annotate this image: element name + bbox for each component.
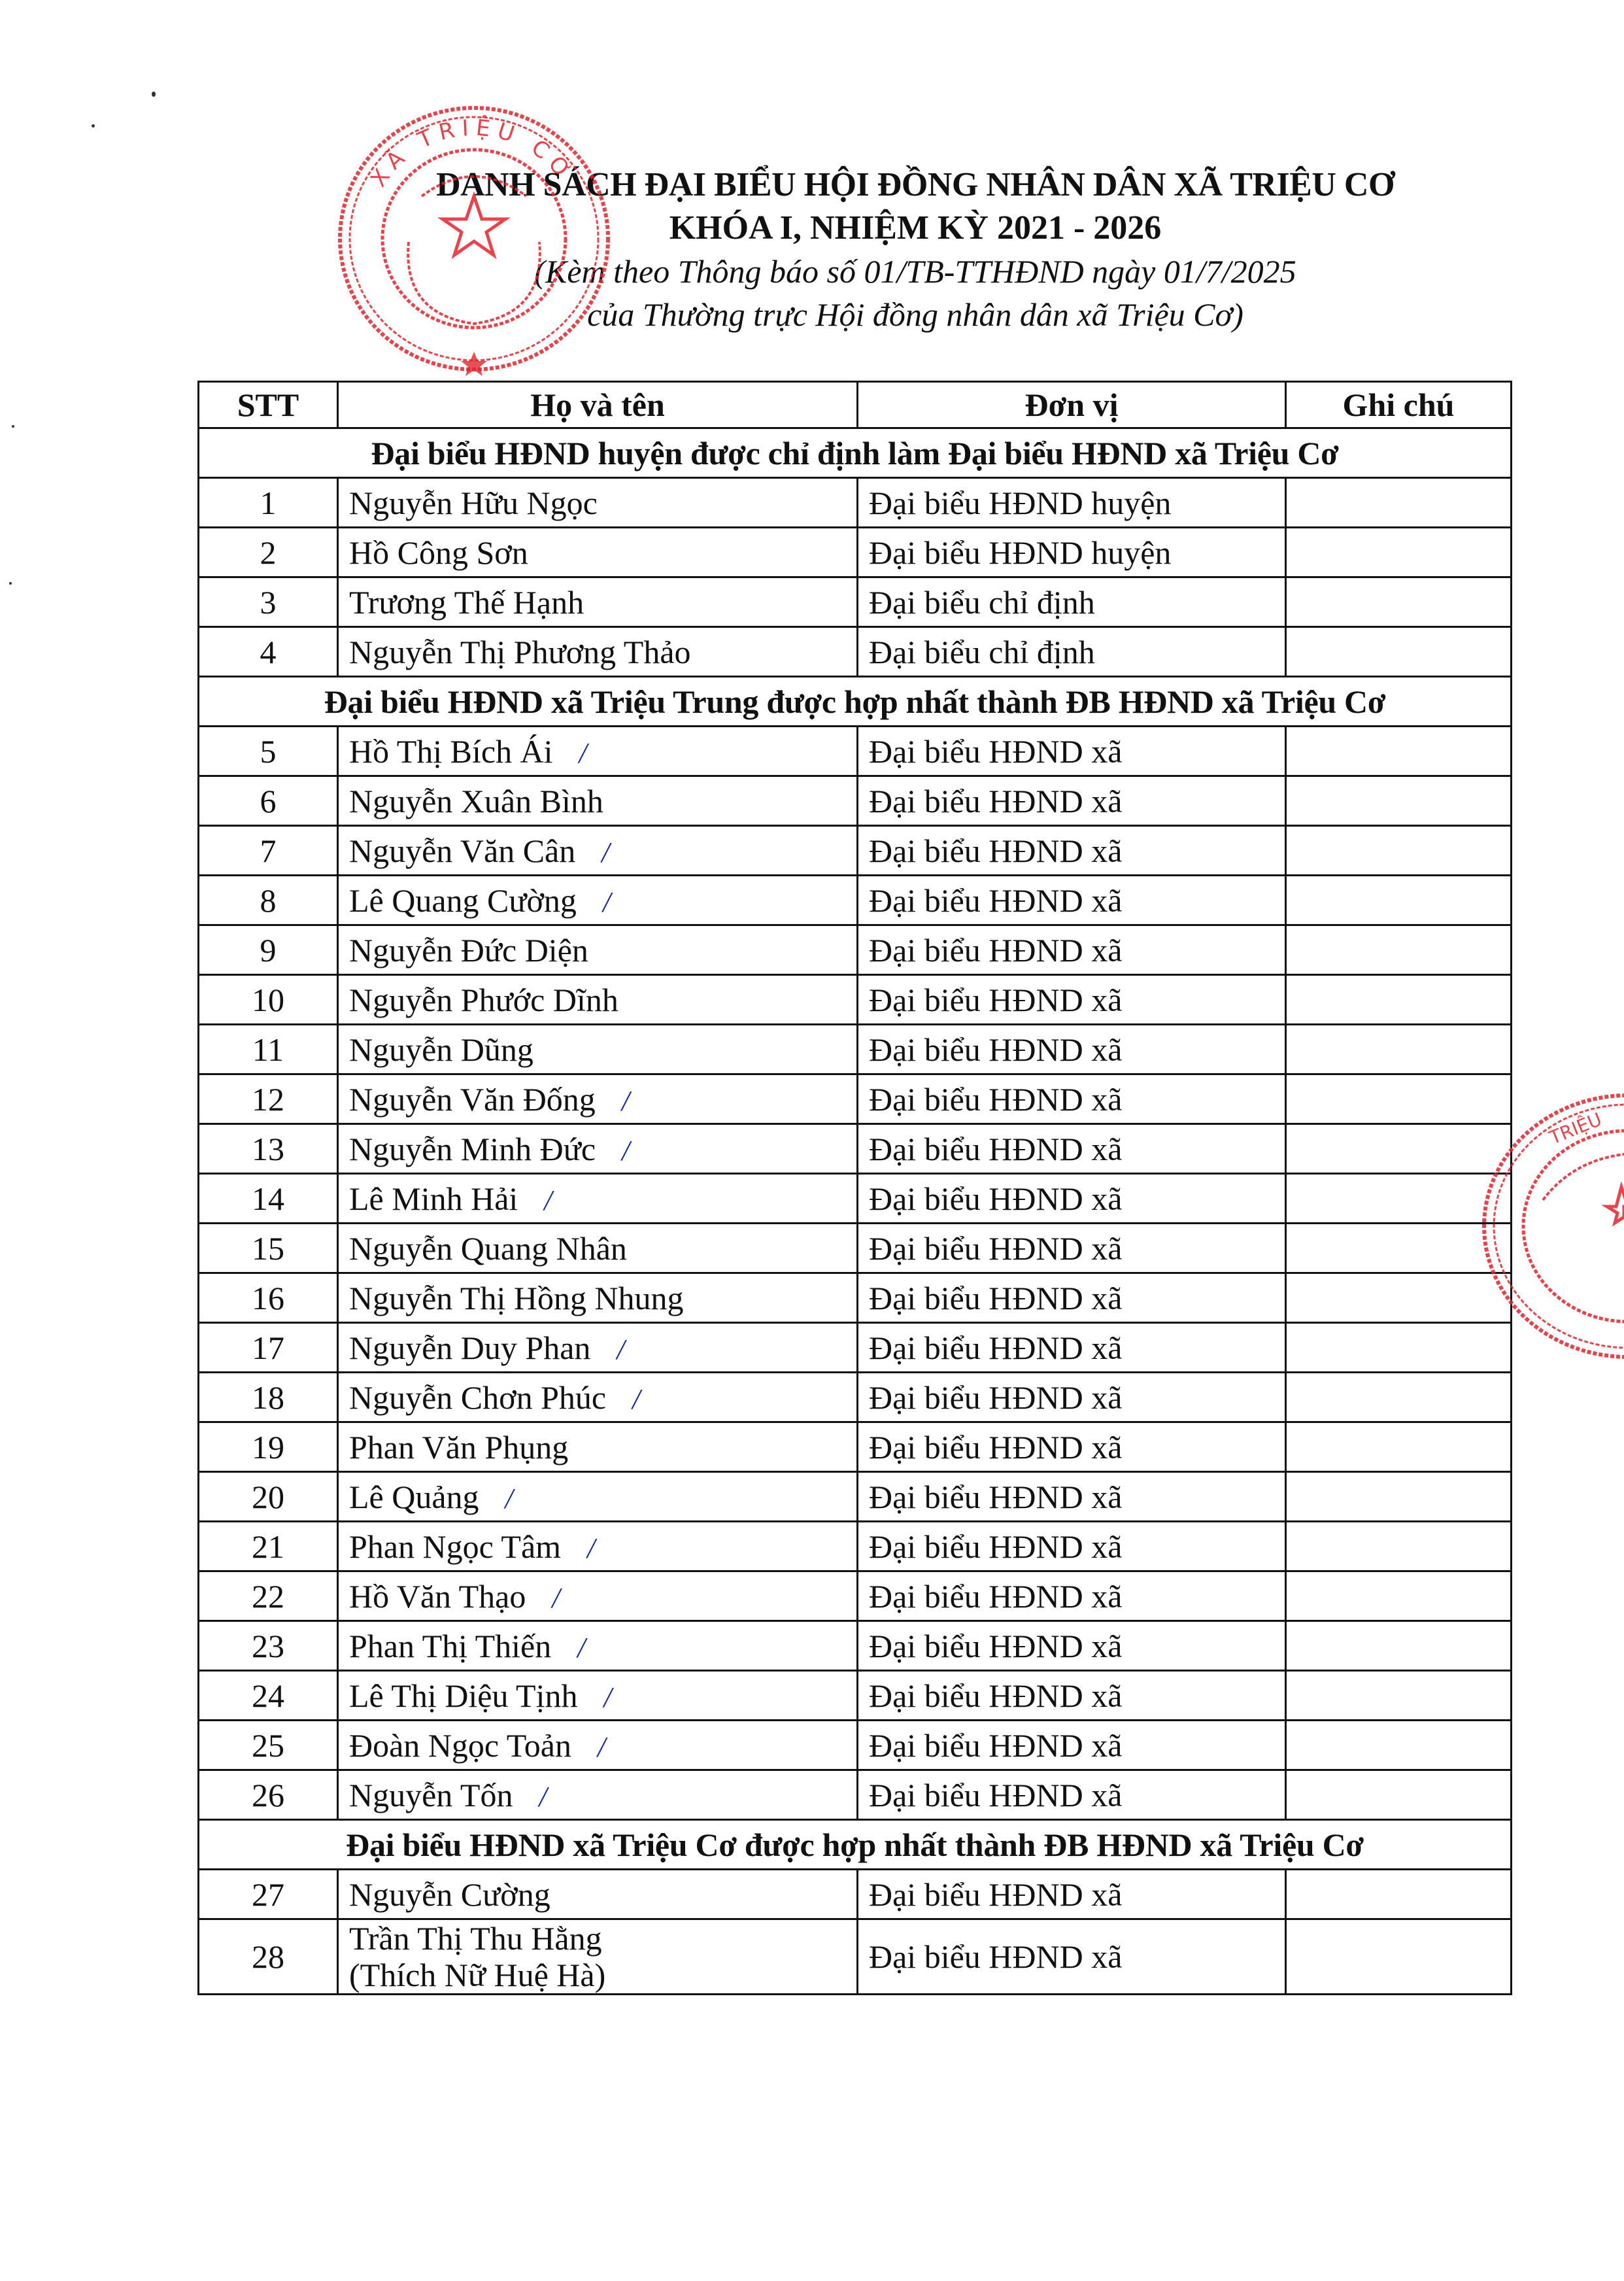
table-row: 5Hồ Thị Bích Ái/Đại biểu HĐND xã [199,727,1512,776]
cell-stt: 23 [199,1621,338,1671]
cell-stt: 26 [199,1770,338,1820]
cell-note [1286,1124,1512,1174]
cell-unit: Đại biểu chỉ định [858,577,1286,627]
handwritten-check-icon: / [622,1085,630,1117]
cell-note [1286,1174,1512,1224]
cell-stt: 12 [199,1074,338,1124]
cell-name: Phan Văn Phụng [338,1422,858,1472]
handwritten-check-icon: / [539,1781,547,1813]
cell-stt: 16 [199,1273,338,1323]
delegate-name: Trương Thế Hạnh [349,584,584,621]
handwritten-check-icon: / [603,886,611,918]
table-header-row: STT Họ và tên Đơn vị Ghi chú [199,382,1512,428]
delegate-name: Nguyễn Phước Dĩnh [349,982,618,1018]
scan-speck [152,92,156,97]
cell-name: Nguyễn Đức Diện [338,925,858,975]
cell-name: Nguyễn Minh Đức/ [338,1124,858,1174]
delegate-name: Nguyễn Đức Diện [349,932,588,969]
cell-unit: Đại biểu HĐND xã [858,826,1286,876]
section-title: Đại biểu HĐND xã Triệu Trung được hợp nh… [199,677,1512,727]
handwritten-check-icon: / [598,1731,605,1763]
cell-note [1286,1323,1512,1373]
cell-name: Nguyễn Dũng [338,1025,858,1074]
cell-note [1286,1919,1512,1995]
table-row: 9Nguyễn Đức DiệnĐại biểu HĐND xã [199,925,1512,975]
handwritten-check-icon: / [505,1483,513,1515]
cell-note [1286,1074,1512,1124]
table-row: 10Nguyễn Phước DĩnhĐại biểu HĐND xã [199,975,1512,1025]
table-row: 7Nguyễn Văn Cân/Đại biểu HĐND xã [199,826,1512,876]
cell-note [1286,577,1512,627]
cell-unit: Đại biểu HĐND xã [858,1571,1286,1621]
delegate-name: Phan Văn Phụng [349,1429,568,1466]
cell-stt: 3 [199,577,338,627]
cell-name: Phan Thị Thiến/ [338,1621,858,1671]
cell-stt: 10 [199,975,338,1025]
table-row: 21Phan Ngọc Tâm/Đại biểu HĐND xã [199,1522,1512,1571]
delegate-name: Nguyễn Dũng [349,1031,533,1068]
cell-note [1286,975,1512,1025]
delegate-name: Phan Ngọc Tâm [349,1528,561,1565]
handwritten-check-icon: / [601,836,609,868]
cell-note [1286,826,1512,876]
handwritten-check-icon: / [617,1333,624,1365]
cell-name: Nguyễn Văn Cân/ [338,826,858,876]
handwritten-check-icon: / [544,1184,552,1216]
cell-unit: Đại biểu HĐND xã [858,776,1286,826]
cell-name: Lê Thị Diệu Tịnh/ [338,1671,858,1721]
cell-stt: 17 [199,1323,338,1373]
delegate-alias: (Thích Nữ Huệ Hà) [349,1957,605,1993]
cell-note [1286,1025,1512,1074]
table-row: 13Nguyễn Minh Đức/Đại biểu HĐND xã [199,1124,1512,1174]
cell-note [1286,478,1512,528]
table-row: 19Phan Văn PhụngĐại biểu HĐND xã [199,1422,1512,1472]
cell-unit: Đại biểu HĐND xã [858,1124,1286,1174]
table-row: 27Nguyễn CườngĐại biểu HĐND xã [199,1870,1512,1919]
cell-name: Nguyễn Duy Phan/ [338,1323,858,1373]
cell-unit: Đại biểu HĐND xã [858,727,1286,776]
table-row: 18Nguyễn Chơn Phúc/Đại biểu HĐND xã [199,1373,1512,1422]
cell-unit: Đại biểu HĐND xã [858,1273,1286,1323]
table-row: 4Nguyễn Thị Phương ThảoĐại biểu chỉ định [199,627,1512,677]
cell-stt: 28 [199,1919,338,1995]
section-title: Đại biểu HĐND xã Triệu Cơ được hợp nhất … [199,1820,1512,1870]
delegate-name: Nguyễn Hữu Ngọc [349,485,598,521]
document-header: DANH SÁCH ĐẠI BIỂU HỘI ĐỒNG NHÂN DÂN XÃ … [294,163,1536,336]
document-reference: (Kèm theo Thông báo số 01/TB-TTHĐND ngày… [294,250,1536,293]
cell-note [1286,1870,1512,1919]
cell-name: Nguyễn Hữu Ngọc [338,478,858,528]
cell-unit: Đại biểu HĐND xã [858,1770,1286,1820]
handwritten-check-icon: / [577,1632,585,1664]
cell-name: Trương Thế Hạnh [338,577,858,627]
cell-unit: Đại biểu HĐND huyện [858,528,1286,577]
cell-unit: Đại biểu HĐND xã [858,1323,1286,1373]
cell-note [1286,876,1512,925]
cell-name: Lê Minh Hải/ [338,1174,858,1224]
cell-unit: Đại biểu HĐND xã [858,1174,1286,1224]
cell-stt: 11 [199,1025,338,1074]
cell-unit: Đại biểu HĐND xã [858,1373,1286,1422]
cell-unit: Đại biểu HĐND xã [858,1472,1286,1522]
document-issuer: của Thường trực Hội đồng nhân dân xã Tri… [294,293,1536,336]
cell-stt: 20 [199,1472,338,1522]
cell-stt: 4 [199,627,338,677]
cell-stt: 14 [199,1174,338,1224]
table-row: 28Trần Thị Thu Hằng(Thích Nữ Huệ Hà)Đại … [199,1919,1512,1995]
table-row: 6Nguyễn Xuân BìnhĐại biểu HĐND xã [199,776,1512,826]
cell-stt: 2 [199,528,338,577]
delegate-name: Nguyễn Văn Cân [349,832,575,869]
table-row: 1Nguyễn Hữu NgọcĐại biểu HĐND huyện [199,478,1512,528]
cell-note [1286,1571,1512,1621]
cell-unit: Đại biểu HĐND xã [858,876,1286,925]
delegate-name: Nguyễn Tốn [349,1777,513,1813]
cell-unit: Đại biểu HĐND xã [858,925,1286,975]
table-body: Đại biểu HĐND huyện được chỉ định làm Đạ… [199,428,1512,1995]
table-row: 12Nguyễn Văn Đống/Đại biểu HĐND xã [199,1074,1512,1124]
cell-unit: Đại biểu HĐND xã [858,975,1286,1025]
cell-name: Đoàn Ngọc Toản/ [338,1721,858,1770]
table-row: 20Lê Quảng/Đại biểu HĐND xã [199,1472,1512,1522]
delegate-name: Nguyễn Văn Đống [349,1081,596,1118]
cell-note [1286,1522,1512,1571]
cell-stt: 15 [199,1224,338,1273]
cell-stt: 5 [199,727,338,776]
table-row: 11Nguyễn DũngĐại biểu HĐND xã [199,1025,1512,1074]
cell-note [1286,1422,1512,1472]
cell-unit: Đại biểu HĐND xã [858,1919,1286,1995]
cell-name: Nguyễn Phước Dĩnh [338,975,858,1025]
cell-unit: Đại biểu HĐND xã [858,1671,1286,1721]
cell-note [1286,727,1512,776]
cell-name: Nguyễn Tốn/ [338,1770,858,1820]
cell-note [1286,1770,1512,1820]
cell-unit: Đại biểu HĐND huyện [858,478,1286,528]
cell-stt: 19 [199,1422,338,1472]
delegate-name: Trần Thị Thu Hằng [349,1920,602,1957]
cell-note [1286,1224,1512,1273]
cell-stt: 13 [199,1124,338,1174]
delegate-name: Hồ Thị Bích Ái [349,733,553,770]
cell-stt: 21 [199,1522,338,1571]
table-row: 26Nguyễn Tốn/Đại biểu HĐND xã [199,1770,1512,1820]
header-stt: STT [199,382,338,428]
cell-stt: 27 [199,1870,338,1919]
cell-name: Nguyễn Văn Đống/ [338,1074,858,1124]
delegate-name: Lê Minh Hải [349,1180,518,1217]
delegate-name: Nguyễn Chơn Phúc [349,1379,606,1416]
cell-unit: Đại biểu HĐND xã [858,1074,1286,1124]
cell-note [1286,1621,1512,1671]
table-row: 16Nguyễn Thị Hồng NhungĐại biểu HĐND xã [199,1273,1512,1323]
cell-unit: Đại biểu HĐND xã [858,1522,1286,1571]
handwritten-check-icon: / [552,1582,560,1614]
cell-note [1286,627,1512,677]
star-icon [1607,1187,1624,1223]
header-unit: Đơn vị [858,382,1286,428]
document-term: KHÓA I, NHIỆM KỲ 2021 - 2026 [294,207,1536,250]
cell-stt: 8 [199,876,338,925]
cell-stt: 24 [199,1671,338,1721]
handwritten-check-icon: / [604,1681,612,1713]
scan-speck [12,425,14,428]
delegate-name: Lê Quảng [349,1479,479,1515]
section-row: Đại biểu HĐND xã Triệu Trung được hợp nh… [199,677,1512,727]
cell-name: Nguyễn Quang Nhân [338,1224,858,1273]
table-row: 24Lê Thị Diệu Tịnh/Đại biểu HĐND xã [199,1671,1512,1721]
section-row: Đại biểu HĐND huyện được chỉ định làm Đạ… [199,428,1512,478]
cell-note [1286,1721,1512,1770]
cell-name: Nguyễn Thị Hồng Nhung [338,1273,858,1323]
cell-stt: 18 [199,1373,338,1422]
table-row: 3Trương Thế HạnhĐại biểu chỉ định [199,577,1512,627]
cell-unit: Đại biểu HĐND xã [858,1621,1286,1671]
cell-name: Nguyễn Xuân Bình [338,776,858,826]
delegate-name: Lê Quang Cường [349,882,577,919]
scan-speck [9,582,12,585]
section-title: Đại biểu HĐND huyện được chỉ định làm Đạ… [199,428,1512,478]
delegate-name: Phan Thị Thiến [349,1628,551,1664]
cell-unit: Đại biểu HĐND xã [858,1224,1286,1273]
cell-note [1286,925,1512,975]
cell-name: Phan Ngọc Tâm/ [338,1522,858,1571]
cell-name: Nguyễn Chơn Phúc/ [338,1373,858,1422]
cell-stt: 25 [199,1721,338,1770]
cell-name: Nguyễn Thị Phương Thảo [338,627,858,677]
cell-unit: Đại biểu HĐND xã [858,1870,1286,1919]
cell-name: Hồ Thị Bích Ái/ [338,727,858,776]
table-row: 25Đoàn Ngọc Toản/Đại biểu HĐND xã [199,1721,1512,1770]
header-name: Họ và tên [338,382,858,428]
section-row: Đại biểu HĐND xã Triệu Cơ được hợp nhất … [199,1820,1512,1870]
cell-note [1286,528,1512,577]
delegate-name: Nguyễn Minh Đức [349,1131,596,1167]
delegate-name: Nguyễn Cường [349,1876,550,1913]
delegate-name: Đoàn Ngọc Toản [349,1727,571,1764]
delegate-name: Nguyễn Thị Hồng Nhung [349,1280,684,1316]
cell-stt: 1 [199,478,338,528]
delegate-name: Lê Thị Diệu Tịnh [349,1677,578,1714]
handwritten-check-icon: / [622,1135,630,1167]
cell-name: Lê Quảng/ [338,1472,858,1522]
delegate-name: Nguyễn Quang Nhân [349,1230,627,1267]
table-row: 15Nguyễn Quang NhânĐại biểu HĐND xã [199,1224,1512,1273]
document-title: DANH SÁCH ĐẠI BIỂU HỘI ĐỒNG NHÂN DÂN XÃ … [294,163,1536,207]
cell-stt: 22 [199,1571,338,1621]
cell-stt: 6 [199,776,338,826]
table-row: 23Phan Thị Thiến/Đại biểu HĐND xã [199,1621,1512,1671]
scan-speck [92,124,95,128]
table-row: 17Nguyễn Duy Phan/Đại biểu HĐND xã [199,1323,1512,1373]
cell-note [1286,1273,1512,1323]
handwritten-check-icon: / [587,1532,595,1564]
table-row: 2Hồ Công SơnĐại biểu HĐND huyện [199,528,1512,577]
cell-note [1286,1671,1512,1721]
svg-text:TRIỆU: TRIỆU [1546,1108,1605,1149]
delegate-name: Nguyễn Xuân Bình [349,783,603,819]
table-row: 14Lê Minh Hải/Đại biểu HĐND xã [199,1174,1512,1224]
cell-stt: 7 [199,826,338,876]
delegate-name: Hồ Văn Thạo [349,1578,526,1615]
handwritten-check-icon: / [632,1383,640,1415]
cell-unit: Đại biểu HĐND xã [858,1025,1286,1074]
cell-unit: Đại biểu HĐND xã [858,1422,1286,1472]
table-row: 8Lê Quang Cường/Đại biểu HĐND xã [199,876,1512,925]
delegate-name: Nguyễn Duy Phan [349,1329,590,1366]
delegates-table: STT Họ và tên Đơn vị Ghi chú Đại biểu HĐ… [197,381,1512,1995]
header-note: Ghi chú [1286,382,1512,428]
cell-name: Trần Thị Thu Hằng(Thích Nữ Huệ Hà) [338,1919,858,1995]
cell-note [1286,1373,1512,1422]
cell-stt: 9 [199,925,338,975]
table-row: 22Hồ Văn Thạo/Đại biểu HĐND xã [199,1571,1512,1621]
cell-note [1286,1472,1512,1522]
handwritten-check-icon: / [579,737,587,769]
cell-name: Lê Quang Cường/ [338,876,858,925]
cell-name: Hồ Công Sơn [338,528,858,577]
cell-name: Nguyễn Cường [338,1870,858,1919]
cell-unit: Đại biểu chỉ định [858,627,1286,677]
cell-unit: Đại biểu HĐND xã [858,1721,1286,1770]
cell-name: Hồ Văn Thạo/ [338,1571,858,1621]
delegate-name: Nguyễn Thị Phương Thảo [349,634,691,670]
cell-note [1286,776,1512,826]
delegate-name: Hồ Công Sơn [349,534,528,571]
